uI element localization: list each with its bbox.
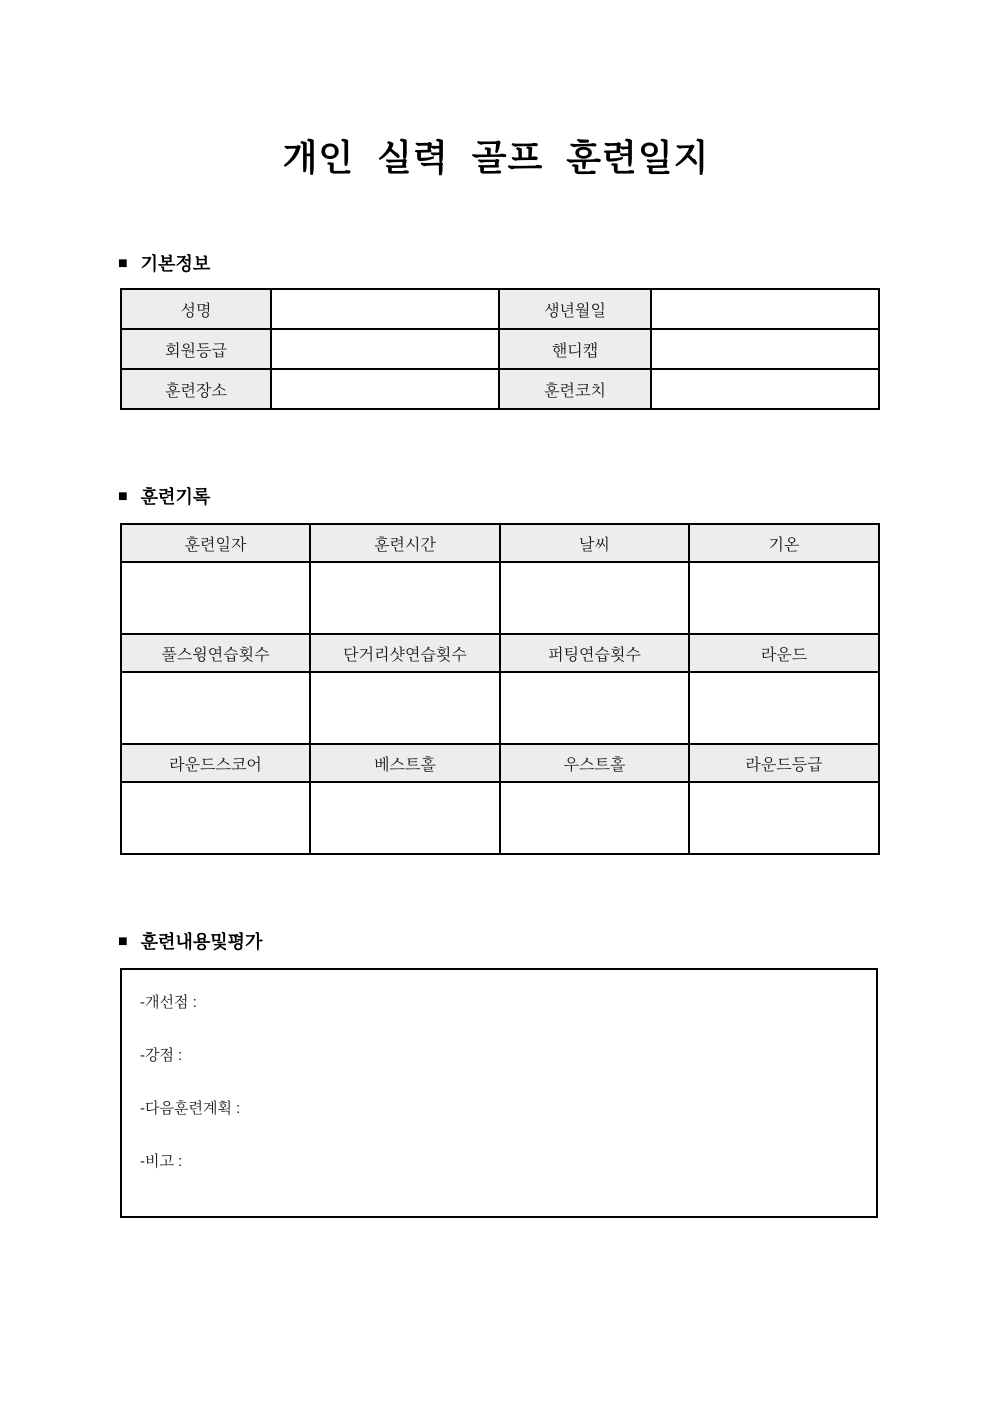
basic-info-table: 성명 생년월일 회원등급 핸디캡 훈련장소 훈련코치 bbox=[120, 288, 880, 410]
document-page: 개인 실력 골프 훈련일지 ■ 기본정보 성명 생년월일 회원등급 핸디캡 훈련… bbox=[0, 0, 992, 1403]
col-header-temperature: 기온 bbox=[689, 524, 879, 562]
cell-input-putting-count[interactable] bbox=[500, 672, 689, 744]
section-header-basic-info: ■ 기본정보 bbox=[118, 253, 210, 275]
field-label-birthdate: 생년월일 bbox=[499, 289, 651, 329]
section-header-evaluation: ■ 훈련내용및평가 bbox=[118, 931, 262, 953]
field-label-member-grade: 회원등급 bbox=[121, 329, 271, 369]
cell-input-round[interactable] bbox=[689, 672, 879, 744]
document-title: 개인 실력 골프 훈련일지 bbox=[0, 130, 992, 181]
cell-input-training-time[interactable] bbox=[310, 562, 500, 634]
cell-input-round-score[interactable] bbox=[121, 782, 310, 854]
col-header-shortshot-count: 단거리샷연습횟수 bbox=[310, 634, 500, 672]
square-bullet-icon: ■ bbox=[118, 931, 128, 953]
cell-input-fullswing-count[interactable] bbox=[121, 672, 310, 744]
input-row bbox=[121, 672, 879, 744]
section-title-basic-info: 기본정보 bbox=[141, 253, 211, 275]
col-header-training-date: 훈련일자 bbox=[121, 524, 310, 562]
field-label-training-place: 훈련장소 bbox=[121, 369, 271, 409]
training-record-table: 훈련일자 훈련시간 날씨 기온 풀스윙연습횟수 단거리샷연습횟수 퍼팅연습횟수 … bbox=[120, 523, 880, 855]
cell-input-worst-hole[interactable] bbox=[500, 782, 689, 854]
col-header-weather: 날씨 bbox=[500, 524, 689, 562]
cell-input-training-date[interactable] bbox=[121, 562, 310, 634]
header-row: 라운드스코어 베스트홀 우스트홀 라운드등급 bbox=[121, 744, 879, 782]
eval-item-remarks[interactable]: -비고 : bbox=[140, 1153, 858, 1171]
field-input-training-place[interactable] bbox=[271, 369, 499, 409]
table-row: 성명 생년월일 bbox=[121, 289, 879, 329]
section-header-training-record: ■ 훈련기록 bbox=[118, 486, 210, 508]
section-title-training-record: 훈련기록 bbox=[141, 486, 211, 508]
field-label-training-coach: 훈련코치 bbox=[499, 369, 651, 409]
col-header-round-grade: 라운드등급 bbox=[689, 744, 879, 782]
col-header-fullswing-count: 풀스윙연습횟수 bbox=[121, 634, 310, 672]
cell-input-weather[interactable] bbox=[500, 562, 689, 634]
field-input-member-grade[interactable] bbox=[271, 329, 499, 369]
cell-input-shortshot-count[interactable] bbox=[310, 672, 500, 744]
cell-input-best-hole[interactable] bbox=[310, 782, 500, 854]
cell-input-temperature[interactable] bbox=[689, 562, 879, 634]
field-input-name[interactable] bbox=[271, 289, 499, 329]
table-row: 훈련장소 훈련코치 bbox=[121, 369, 879, 409]
field-label-handicap: 핸디캡 bbox=[499, 329, 651, 369]
col-header-best-hole: 베스트홀 bbox=[310, 744, 500, 782]
field-label-name: 성명 bbox=[121, 289, 271, 329]
col-header-round-score: 라운드스코어 bbox=[121, 744, 310, 782]
evaluation-box[interactable]: -개선점 : -강점 : -다음훈련계획 : -비고 : bbox=[120, 968, 878, 1218]
field-input-birthdate[interactable] bbox=[651, 289, 879, 329]
square-bullet-icon: ■ bbox=[118, 486, 128, 508]
eval-item-next-plan[interactable]: -다음훈련계획 : bbox=[140, 1100, 858, 1118]
eval-item-improvements[interactable]: -개선점 : bbox=[140, 994, 858, 1012]
input-row bbox=[121, 782, 879, 854]
section-title-evaluation: 훈련내용및평가 bbox=[141, 931, 263, 953]
table-row: 회원등급 핸디캡 bbox=[121, 329, 879, 369]
field-input-training-coach[interactable] bbox=[651, 369, 879, 409]
header-row: 풀스윙연습횟수 단거리샷연습횟수 퍼팅연습횟수 라운드 bbox=[121, 634, 879, 672]
col-header-worst-hole: 우스트홀 bbox=[500, 744, 689, 782]
square-bullet-icon: ■ bbox=[118, 253, 128, 275]
eval-item-strengths[interactable]: -강점 : bbox=[140, 1047, 858, 1065]
col-header-training-time: 훈련시간 bbox=[310, 524, 500, 562]
col-header-round: 라운드 bbox=[689, 634, 879, 672]
field-input-handicap[interactable] bbox=[651, 329, 879, 369]
col-header-putting-count: 퍼팅연습횟수 bbox=[500, 634, 689, 672]
header-row: 훈련일자 훈련시간 날씨 기온 bbox=[121, 524, 879, 562]
cell-input-round-grade[interactable] bbox=[689, 782, 879, 854]
input-row bbox=[121, 562, 879, 634]
